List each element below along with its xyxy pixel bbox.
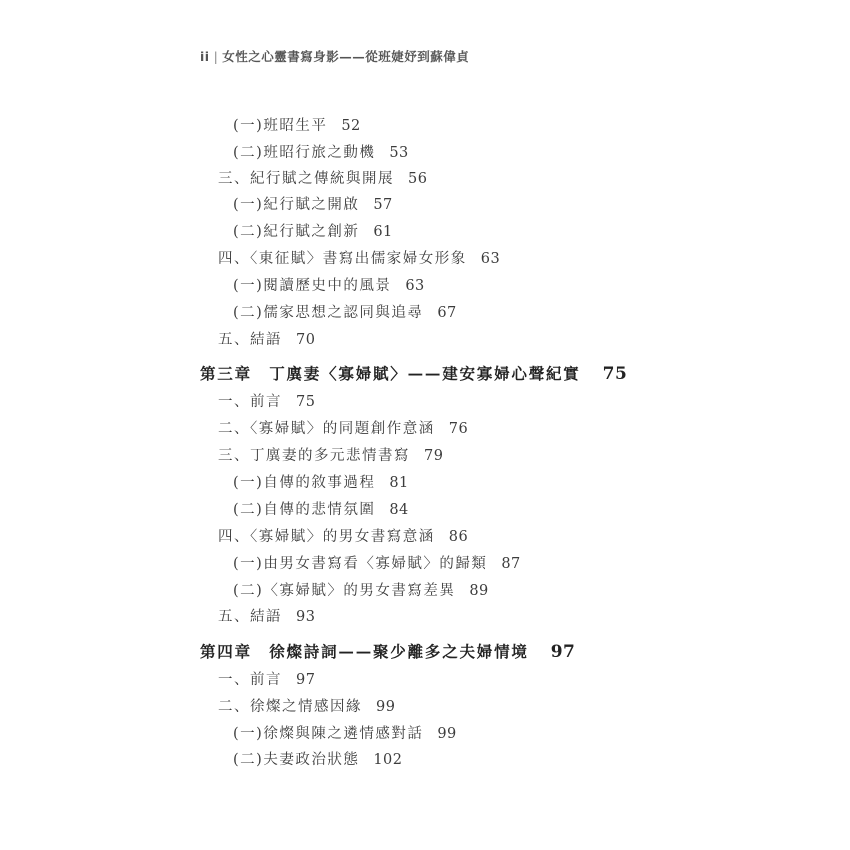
toc-entry-page: 99 xyxy=(376,699,395,715)
toc-entry-title: 二、徐燦之情感因緣 xyxy=(218,699,362,715)
toc-entry: (二)班昭行旅之動機53 xyxy=(233,141,409,162)
toc-entry: (一)由男女書寫看〈寡婦賦〉的歸類87 xyxy=(233,552,521,573)
toc-entry-page: 56 xyxy=(408,171,427,187)
toc-entry: 四、〈寡婦賦〉的男女書寫意涵86 xyxy=(218,525,468,546)
toc-entry: 五、結語93 xyxy=(218,605,315,626)
toc-entry-page: 61 xyxy=(373,224,392,240)
toc-entry-title: (一)閱讀歷史中的風景 xyxy=(233,278,391,294)
toc-entry-title: 一、前言 xyxy=(218,394,282,410)
toc-entry-page: 89 xyxy=(469,583,488,599)
toc-entry-title: 二、〈寡婦賦〉的同題創作意涵 xyxy=(218,421,435,437)
toc-entry-page: 93 xyxy=(296,609,315,625)
toc-entry-title: (二)夫妻政治狀態 xyxy=(233,752,359,768)
toc-chapter-entry: 第三章 丁廙妻〈寡婦賦〉——建安寡婦心聲紀實75 xyxy=(200,362,627,384)
toc-entry-page: 57 xyxy=(373,197,392,213)
toc-entry-page: 97 xyxy=(296,672,315,688)
toc-entry-page: 76 xyxy=(449,421,468,437)
toc-entry-page: 99 xyxy=(437,726,456,742)
toc-entry: (二)自傳的悲情氛圍84 xyxy=(233,498,409,519)
toc-entry: 一、前言75 xyxy=(218,390,315,411)
toc-entry-page: 87 xyxy=(501,556,520,572)
toc-entry-title: 五、結語 xyxy=(218,332,282,348)
toc-entry-title: (二)紀行賦之創新 xyxy=(233,224,359,240)
toc-entry-page: 63 xyxy=(405,278,424,294)
toc-entry-title: (二)自傳的悲情氛圍 xyxy=(233,502,375,518)
toc-entry-page: 63 xyxy=(481,251,500,267)
toc-entry-page: 102 xyxy=(373,752,402,768)
toc-chapter-entry: 第四章 徐燦詩詞——聚少離多之夫婦情境97 xyxy=(200,640,575,662)
toc-entry: (二)夫妻政治狀態102 xyxy=(233,748,403,769)
toc-entry-page: 67 xyxy=(437,305,456,321)
toc-entry-title: (一)由男女書寫看〈寡婦賦〉的歸類 xyxy=(233,556,487,572)
toc-entry: (一)自傳的敘事過程81 xyxy=(233,471,409,492)
toc-entry: (二)儒家思想之認同與追尋67 xyxy=(233,301,457,322)
toc-entry: 四、〈東征賦〉書寫出儒家婦女形象63 xyxy=(218,247,500,268)
toc-entry-title: 第四章 徐燦詩詞——聚少離多之夫婦情境 xyxy=(200,642,529,661)
toc-entry-title: 五、結語 xyxy=(218,609,282,625)
page-number: ii xyxy=(200,49,210,64)
toc-entry-title: (一)徐燦與陳之遴情感對話 xyxy=(233,726,423,742)
toc-entry: (一)閱讀歷史中的風景63 xyxy=(233,274,425,295)
toc-entry-page: 97 xyxy=(551,642,576,662)
toc-entry-title: 四、〈東征賦〉書寫出儒家婦女形象 xyxy=(218,251,467,267)
toc-entry-page: 75 xyxy=(603,364,628,384)
toc-entry-title: (一)紀行賦之開啟 xyxy=(233,197,359,213)
toc-entry-page: 84 xyxy=(389,502,408,518)
toc-entry: (二)紀行賦之創新61 xyxy=(233,220,393,241)
toc-entry-title: 三、丁廙妻的多元悲情書寫 xyxy=(218,448,410,464)
toc-entry-page: 53 xyxy=(389,145,408,161)
toc-entry-title: (二)儒家思想之認同與追尋 xyxy=(233,305,423,321)
running-header: ii|女性之心靈書寫身影——從班婕妤到蘇偉貞 xyxy=(200,47,469,65)
toc-entry-title: (二)班昭行旅之動機 xyxy=(233,145,375,161)
toc-entry: 二、徐燦之情感因緣99 xyxy=(218,695,395,716)
toc-entry: 五、結語70 xyxy=(218,328,315,349)
toc-entry: (一)徐燦與陳之遴情感對話99 xyxy=(233,722,457,743)
toc-entry: 三、紀行賦之傳統與開展56 xyxy=(218,167,427,188)
toc-entry-title: 第三章 丁廙妻〈寡婦賦〉——建安寡婦心聲紀實 xyxy=(200,364,581,383)
toc-entry-title: (二)〈寡婦賦〉的男女書寫差異 xyxy=(233,583,455,599)
toc-entry: (二)〈寡婦賦〉的男女書寫差異89 xyxy=(233,579,489,600)
toc-entry-title: 三、紀行賦之傳統與開展 xyxy=(218,171,394,187)
toc-entry-title: 一、前言 xyxy=(218,672,282,688)
toc-entry-page: 75 xyxy=(296,394,315,410)
toc-entry-page: 52 xyxy=(341,118,360,134)
toc-entry-page: 81 xyxy=(389,475,408,491)
toc-entry-title: (一)班昭生平 xyxy=(233,118,327,134)
toc-entry-title: (一)自傳的敘事過程 xyxy=(233,475,375,491)
toc-entry: 三、丁廙妻的多元悲情書寫79 xyxy=(218,444,443,465)
book-title: 女性之心靈書寫身影——從班婕妤到蘇偉貞 xyxy=(222,49,469,64)
toc-entry-page: 86 xyxy=(449,529,468,545)
toc-entry: (一)紀行賦之開啟57 xyxy=(233,193,393,214)
toc-entry: 二、〈寡婦賦〉的同題創作意涵76 xyxy=(218,417,468,438)
toc-entry-page: 79 xyxy=(424,448,443,464)
header-separator: | xyxy=(214,49,219,64)
toc-entry-page: 70 xyxy=(296,332,315,348)
toc-entry-title: 四、〈寡婦賦〉的男女書寫意涵 xyxy=(218,529,435,545)
toc-entry: 一、前言97 xyxy=(218,668,315,689)
toc-entry: (一)班昭生平52 xyxy=(233,114,361,135)
